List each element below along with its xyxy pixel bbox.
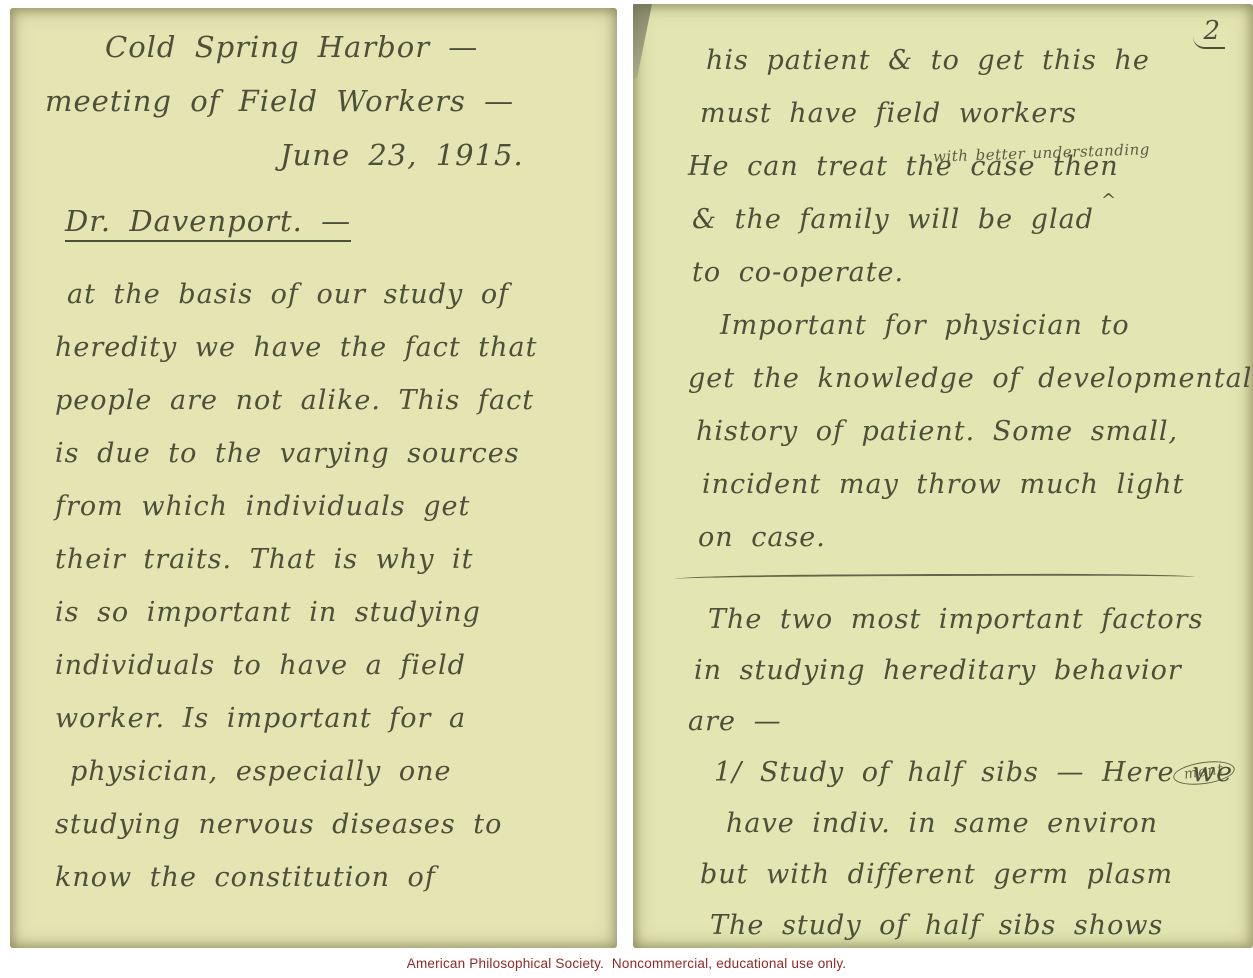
handwritten-line: & the family will be glad	[688, 193, 1253, 246]
left-page-body: at the basis of our study ofheredity we …	[55, 268, 617, 904]
handwritten-line: on case.	[688, 511, 1253, 564]
section-divider-line	[675, 573, 1195, 583]
handwritten-line: to co-operate.	[688, 246, 1253, 299]
handwritten-line: in studying hereditary behavior	[688, 645, 1253, 696]
page-number: 2	[1193, 16, 1225, 49]
handwritten-line: know the constitution of	[55, 851, 617, 904]
handwritten-line: must have field workers	[688, 87, 1253, 140]
handwritten-line: June 23, 1915.	[45, 128, 617, 182]
handwritten-line: heredity we have the fact that	[55, 321, 617, 374]
handwritten-line: 1/ Study of half sibs — Here we	[688, 747, 1253, 798]
handwritten-line: Cold Spring Harbor —	[45, 20, 617, 74]
salutation-dr-davenport: Dr. Davenport. —	[65, 204, 351, 242]
handwritten-line: meeting of Field Workers —	[45, 74, 617, 128]
right-page-lower-body: The two most important factorsin studyin…	[688, 594, 1253, 951]
handwritten-line: is so important in studying	[55, 586, 617, 639]
handwritten-line: is due to the varying sources	[55, 427, 617, 480]
handwritten-line: their traits. That is why it	[55, 533, 617, 586]
document-heading: Cold Spring Harbor —meeting of Field Wor…	[45, 20, 617, 182]
handwritten-line: The study of half sibs shows	[688, 900, 1253, 951]
insertion-caret-mark: ^	[1101, 190, 1117, 211]
caption-strip: American Philosophical Society. Noncomme…	[0, 948, 1253, 978]
handwritten-line: physician, especially one	[55, 745, 617, 798]
handwritten-line: people are not alike. This fact	[55, 374, 617, 427]
handwritten-line: The two most important factors	[688, 594, 1253, 645]
handwritten-line: history of patient. Some small,	[688, 405, 1253, 458]
handwritten-line: have indiv. in same environ	[688, 798, 1253, 849]
handwritten-line: incident may throw much light	[688, 458, 1253, 511]
handwritten-line: individuals to have a field	[55, 639, 617, 692]
notebook-page-right: 2 his patient & to get this hemust have …	[633, 4, 1253, 948]
rights-caption: American Philosophical Society. Noncomme…	[407, 956, 847, 971]
handwritten-line: studying nervous diseases to	[55, 798, 617, 851]
handwritten-line: worker. Is important for a	[55, 692, 617, 745]
handwritten-line: are —	[688, 696, 1253, 747]
right-page-upper-body: his patient & to get this hemust have fi…	[688, 34, 1253, 564]
handwritten-line: at the basis of our study of	[55, 268, 617, 321]
handwritten-line: get the knowledge of developmental	[688, 352, 1253, 405]
notebook-page-left: Cold Spring Harbor —meeting of Field Wor…	[10, 8, 617, 948]
handwritten-line: from which individuals get	[55, 480, 617, 533]
handwritten-line: but with different germ plasm	[688, 849, 1253, 900]
torn-corner-shadow	[633, 4, 653, 78]
handwritten-line: his patient & to get this he	[688, 34, 1253, 87]
handwritten-line: Important for physician to	[688, 299, 1253, 352]
